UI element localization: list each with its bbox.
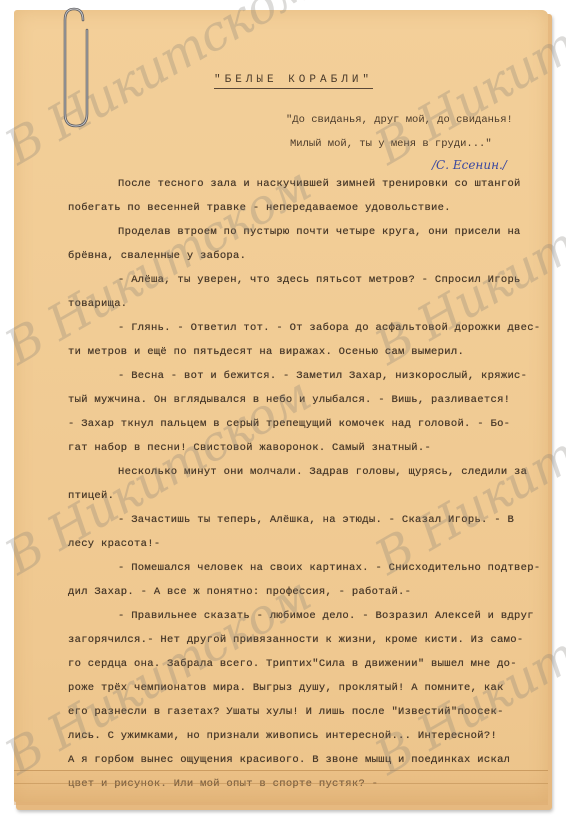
paperclip-icon [57, 6, 95, 132]
body-line: побегать по весенней травке - непередава… [68, 202, 451, 214]
body-line: После тесного зала и наскучившей зимней … [118, 178, 521, 190]
body-line: - Захар ткнул пальцем в серый трепещущий… [68, 418, 510, 430]
epigraph-line: Милый мой, ты у меня в груди..." [290, 138, 492, 150]
body-line: птицей. [68, 490, 114, 502]
fold-line [14, 783, 548, 784]
body-line: - Зачастишь ты теперь, Алёшка, на этюды.… [118, 514, 514, 526]
body-line: го сердца она. Забрала всего. Триптих"Си… [68, 658, 517, 670]
body-line: Несколько минут они молчали. Задрав голо… [118, 466, 527, 478]
body-line: - Правильнее сказать - любимое дело. - В… [118, 610, 534, 622]
epigraph-attribution: /С. Есенин./ [432, 158, 507, 172]
body-line: лесу красота!- [68, 538, 160, 550]
body-line: - Весна - вот и бежится. - Заметил Захар… [118, 370, 527, 382]
body-line: ти метров и ещё по пятьдесят на виражах.… [68, 346, 464, 358]
body-line: тый мужчина. Он вглядывался в небо и улы… [68, 394, 510, 406]
body-line: дил Захар. - А все ж понятно: профессия,… [68, 586, 411, 598]
body-line: загорячился.- Нет другой привязанности к… [68, 634, 523, 646]
body-line: товарища. [68, 298, 127, 310]
body-line: его разнесли в газетах? Ушаты хулы! И ли… [68, 706, 504, 718]
page-bottom-fold [14, 770, 548, 805]
body-line: брёвна, сваленные у забора. [68, 250, 246, 262]
body-line: роже трёх чемпионатов мира. Выгрыз душу,… [68, 682, 504, 694]
body-line: гат набор в песни! Свистовой жаворонок. … [68, 442, 431, 454]
epigraph-line: "До свиданья, друг мой, до свиданья! [286, 114, 513, 126]
body-line: - Алёша, ты уверен, что здесь пятьсот ме… [118, 274, 521, 286]
body-line: А я горбом вынес ощущения красивого. В з… [68, 754, 510, 766]
body-line: - Помешался человек на своих картинах. -… [118, 562, 540, 574]
document-title: "БЕЛЫЕ КОРАБЛИ" [214, 74, 373, 89]
body-line: Проделав втроем по пустырю почти четыре … [118, 226, 521, 238]
body-line: - Глянь. - Ответил тот. - От забора до а… [118, 322, 540, 334]
body-line: лись. С ужимками, но признали живопись и… [68, 730, 497, 742]
